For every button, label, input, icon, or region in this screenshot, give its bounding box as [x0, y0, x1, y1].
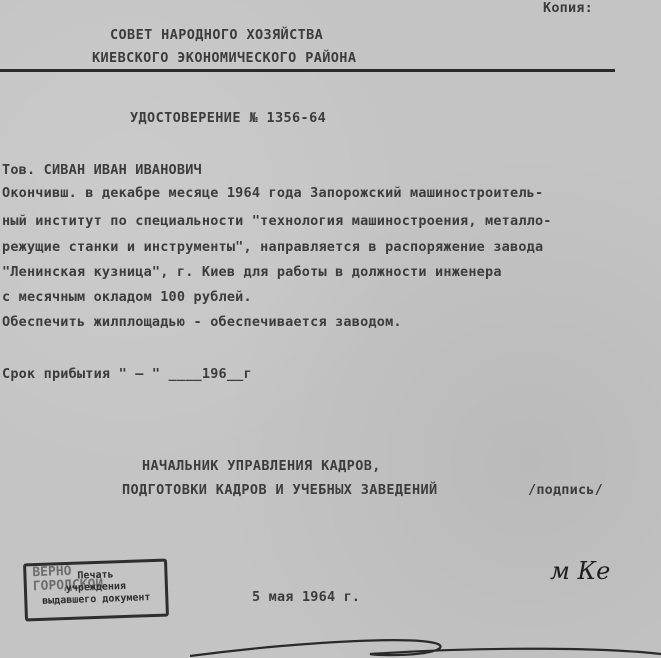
handwritten-signature: м Ке [550, 557, 610, 585]
header-rule [0, 69, 615, 72]
signature-stroke [190, 620, 661, 658]
header-line-2: КИЕВСКОГО ЭКОНОМИЧЕСКОГО РАЙОНА [92, 50, 356, 66]
signatory-title-1: НАЧАЛЬНИК УПРАВЛЕНИЯ КАДРОВ, [142, 458, 381, 474]
document-date: 5 мая 1964 г. [252, 589, 360, 605]
body-line: режущие станки и инструменты", направляе… [2, 239, 543, 255]
arrival-deadline: Срок прибытия " — " ____196__г [2, 366, 252, 382]
copies-label: Копия: [543, 0, 593, 16]
body-line: ный институт по специальности "технологи… [2, 213, 552, 229]
document-title: УДОСТОВЕРЕНИЕ № 1356-64 [130, 110, 326, 126]
body-line: Окончивш. в декабре месяце 1964 года Зап… [2, 185, 543, 201]
body-line: "Ленинская кузница", г. Киев для работы … [2, 264, 502, 280]
signatory-title-2: ПОДГОТОВКИ КАДРОВ И УЧЕБНЫХ ЗАВЕДЕНИЙ [122, 482, 438, 498]
header-line-1: СОВЕТ НАРОДНОГО ХОЗЯЙСТВА [110, 27, 323, 43]
body-line: Обеспечить жилплощадью - обеспечивается … [2, 314, 402, 330]
addressee: Тов. СИВАН ИВАН ИВАНОВИЧ [2, 162, 202, 178]
signature-note: /подпись/ [528, 482, 603, 498]
official-stamp: ВЕРНО ГОРОДСКОЙ Печать учреждения выдавш… [23, 559, 169, 622]
body-line: с месячным окладом 100 рублей. [2, 289, 252, 305]
